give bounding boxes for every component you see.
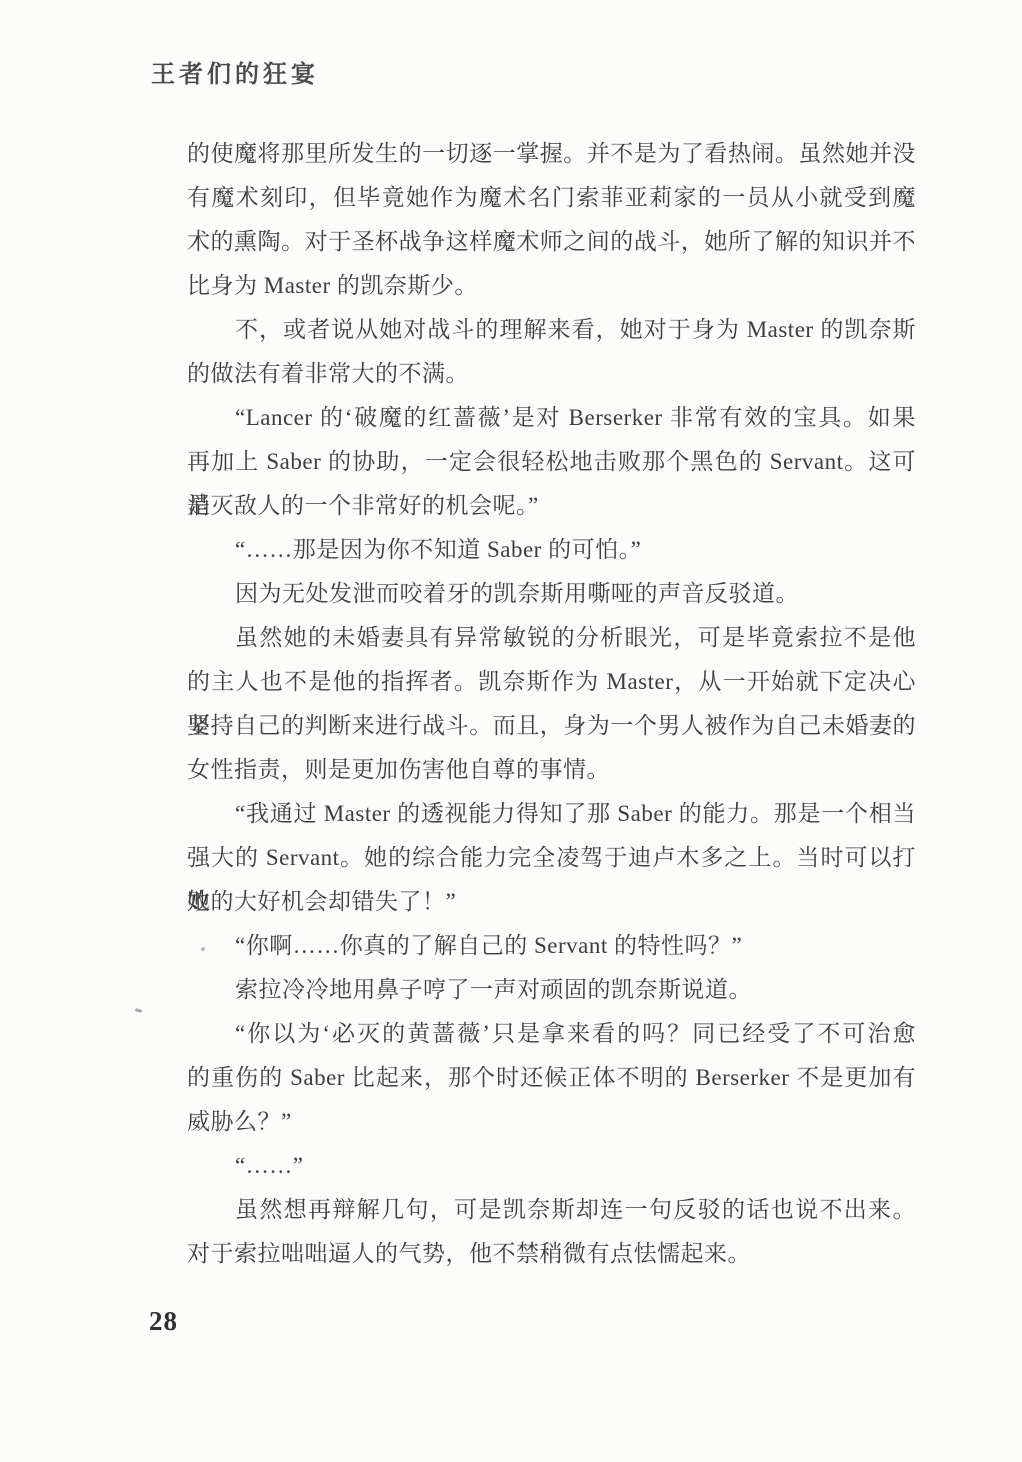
text-line: 强大的 Servant。她的综合能力完全凌驾于迪卢木多之上。当时可以打败	[187, 836, 916, 880]
text-line: 虽然她的未婚妻具有异常敏锐的分析眼光，可是毕竟索拉不是他	[187, 616, 916, 660]
text-line: 有魔术刻印，但毕竟她作为魔术名门索菲亚莉家的一员从小就受到魔	[187, 176, 916, 220]
text-line: 索拉冷冷地用鼻子哼了一声对顽固的凯奈斯说道。	[187, 968, 916, 1012]
text-line: 不，或者说从她对战斗的理解来看，她对于身为 Master 的凯奈斯	[187, 308, 916, 352]
scan-artifact	[201, 947, 205, 951]
text-line: 女性指责，则是更加伤害他自尊的事情。	[187, 748, 916, 792]
text-line: “你啊……你真的了解自己的 Servant 的特性吗？”	[187, 924, 916, 968]
body-text: 的使魔将那里所发生的一切逐一掌握。并不是为了看热闹。虽然她并没 有魔术刻印，但毕…	[187, 132, 916, 1276]
text-line: 的做法有着非常大的不满。	[187, 352, 916, 396]
text-line: “……”	[187, 1144, 916, 1188]
page-number: 28	[149, 1306, 178, 1337]
scan-artifact	[135, 1008, 143, 1013]
text-line: 的主人也不是他的指挥者。凯奈斯作为 Master，从一开始就下定决心要	[187, 660, 916, 704]
text-line: “我通过 Master 的透视能力得知了那 Saber 的能力。那是一个相当	[187, 792, 916, 836]
text-line: 的使魔将那里所发生的一切逐一掌握。并不是为了看热闹。虽然她并没	[187, 132, 916, 176]
text-line: 消灭敌人的一个非常好的机会呢。”	[187, 484, 916, 528]
text-line: 坚持自己的判断来进行战斗。而且，身为一个男人被作为自己未婚妻的	[187, 704, 916, 748]
text-line: “你以为‘必灭的黄蔷薇’只是拿来看的吗？同已经受了不可治愈	[187, 1012, 916, 1056]
text-line: 虽然想再辩解几句，可是凯奈斯却连一句反驳的话也说不出来。	[187, 1188, 916, 1232]
text-line: 术的熏陶。对于圣杯战争这样魔术师之间的战斗，她所了解的知识并不	[187, 220, 916, 264]
text-line: 再加上 Saber 的协助，一定会很轻松地击败那个黑色的 Servant。这可是	[187, 440, 916, 484]
text-line: 对于索拉咄咄逼人的气势，他不禁稍微有点怯懦起来。	[187, 1232, 916, 1276]
book-page: 王者们的狂宴 的使魔将那里所发生的一切逐一掌握。并不是为了看热闹。虽然她并没 有…	[0, 0, 1022, 1462]
text-line: 的重伤的 Saber 比起来，那个时还候正体不明的 Berserker 不是更加…	[187, 1056, 916, 1100]
text-line: 威胁么？”	[187, 1100, 916, 1144]
text-line: 比身为 Master 的凯奈斯少。	[187, 264, 916, 308]
text-line: “Lancer 的‘破魔的红蔷薇’是对 Berserker 非常有效的宝具。如果	[187, 396, 916, 440]
text-line: 因为无处发泄而咬着牙的凯奈斯用嘶哑的声音反驳道。	[187, 572, 916, 616]
text-line: 她的大好机会却错失了！”	[187, 880, 916, 924]
running-header: 王者们的狂宴	[151, 54, 319, 89]
text-line: “……那是因为你不知道 Saber 的可怕。”	[187, 528, 916, 572]
